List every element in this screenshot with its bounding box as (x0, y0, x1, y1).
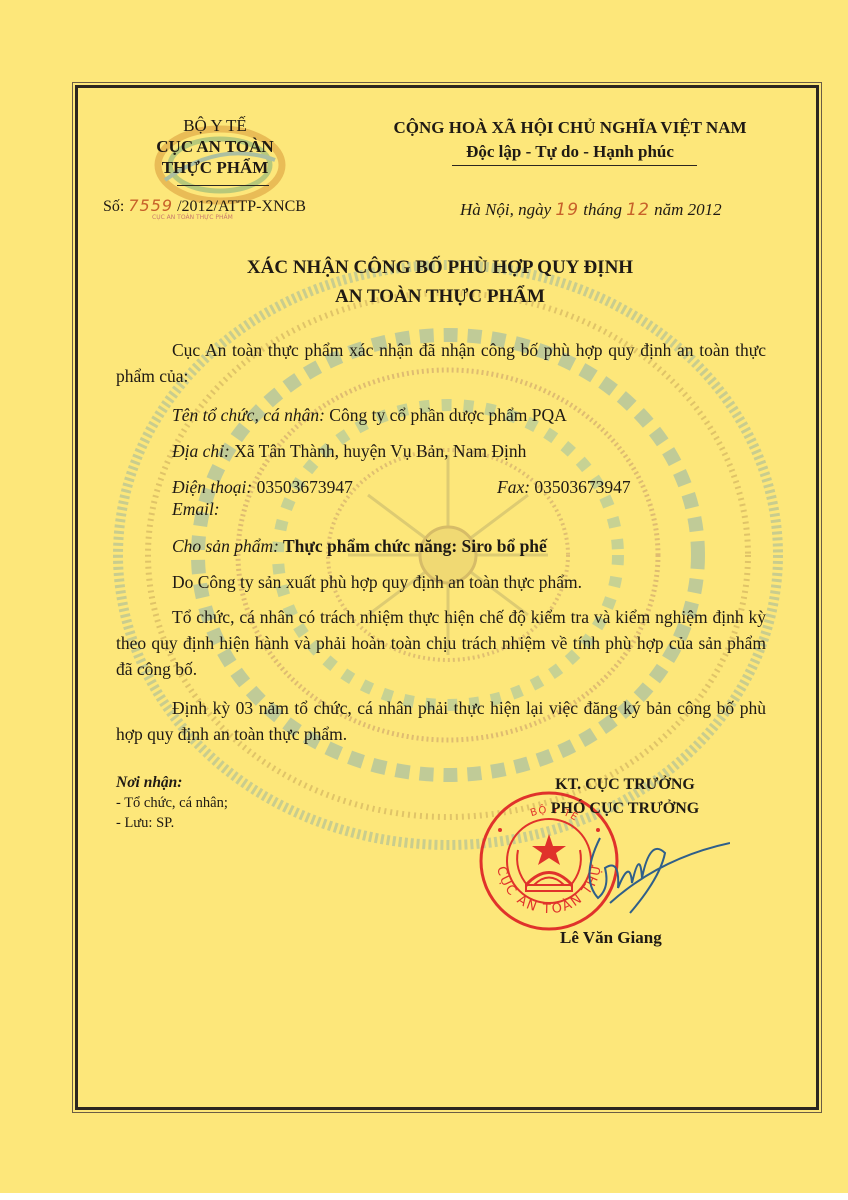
title-line2: AN TOÀN THỰC PHẨM (150, 282, 730, 311)
fax-label: Fax: (497, 477, 530, 497)
intro-paragraph: Cục An toàn thực phẩm xác nhận đã nhận c… (116, 337, 766, 389)
recipient-item: - Lưu: SP. (116, 813, 228, 833)
issuing-agency-header: BỘ Y TẾ CỤC AN TOÀN THỰC PHẨM (105, 115, 325, 178)
product-value: Thực phẩm chức năng: Siro bổ phế (279, 536, 547, 556)
national-header: CỘNG HOÀ XÃ HỘI CHỦ NGHĨA VIỆT NAM Độc l… (370, 116, 770, 164)
document-border-inner (75, 85, 819, 1110)
address-value: Xã Tân Thành, huyện Vụ Bản, Nam Định (230, 441, 526, 461)
org-label: Tên tổ chức, cá nhân: (172, 405, 325, 425)
number-prefix: Số: (103, 198, 124, 215)
motto-underline (452, 165, 697, 166)
renewal-paragraph: Định kỳ 03 năm tổ chức, cá nhân phải thự… (116, 695, 766, 747)
date-month-label: tháng (583, 200, 622, 219)
document-number: Số: 7559 /2012/ATTP-XNCB (103, 196, 306, 216)
ministry-name: BỘ Y TẾ (105, 115, 325, 136)
agency-name-line2: THỰC PHẨM (105, 157, 325, 178)
recipient-item: - Tổ chức, cá nhân; (116, 793, 228, 813)
fax-line: Fax: 03503673947 (497, 474, 631, 500)
document-title: XÁC NHẬN CÔNG BỐ PHÙ HỢP QUY ĐỊNH AN TOÀ… (150, 253, 730, 311)
logo-caption: CỤC AN TOÀN THỰC PHẨM (152, 214, 233, 221)
date-place: Hà Nội, ngày (460, 200, 551, 219)
org-value: Công ty cổ phần dược phẩm PQA (325, 405, 567, 425)
email-line: Email: (172, 496, 220, 522)
date-day: 19 (555, 200, 579, 220)
agency-underline (177, 185, 269, 186)
product-line: Cho sản phẩm: Thực phẩm chức năng: Siro … (172, 533, 547, 559)
recipients-label: Nơi nhận: (116, 773, 228, 793)
nation-name: CỘNG HOÀ XÃ HỘI CHỦ NGHĨA VIỆT NAM (370, 116, 770, 140)
phone-label: Điện thoại: (172, 477, 252, 497)
signature-title: KT. CỤC TRƯỞNG PHÓ CỤC TRƯỞNG (490, 773, 760, 821)
national-motto: Độc lập - Tự do - Hạnh phúc (370, 140, 770, 164)
product-label: Cho sản phẩm: (172, 536, 279, 556)
page-bottom-edge (0, 1193, 848, 1200)
handwritten-signature-icon (570, 818, 730, 918)
agency-name-line1: CỤC AN TOÀN (105, 136, 325, 157)
address-label: Địa chỉ: (172, 441, 230, 461)
date-month: 12 (626, 200, 650, 220)
fax-value: 03503673947 (530, 477, 631, 497)
date-year: năm 2012 (654, 200, 722, 219)
recipients-block: Nơi nhận: - Tổ chức, cá nhân; - Lưu: SP. (116, 773, 228, 833)
signer-name: Lê Văn Giang (560, 928, 662, 948)
produced-by-line: Do Công ty sản xuất phù hợp quy định an … (172, 569, 582, 595)
phone-value: 03503673947 (252, 477, 353, 497)
title-line1: XÁC NHẬN CÔNG BỐ PHÙ HỢP QUY ĐỊNH (150, 253, 730, 282)
responsibility-paragraph: Tổ chức, cá nhân có trách nhiệm thực hiệ… (116, 604, 766, 682)
issue-date: Hà Nội, ngày 19 tháng 12 năm 2012 (460, 200, 722, 220)
address-line: Địa chỉ: Xã Tân Thành, huyện Vụ Bản, Nam… (172, 438, 526, 464)
email-label: Email: (172, 499, 220, 519)
organization-line: Tên tổ chức, cá nhân: Công ty cổ phần dư… (172, 402, 567, 428)
number-suffix: /2012/ATTP-XNCB (177, 198, 306, 215)
number-handwritten: 7559 (128, 196, 173, 215)
signature-title-line1: KT. CỤC TRƯỞNG (490, 773, 760, 797)
